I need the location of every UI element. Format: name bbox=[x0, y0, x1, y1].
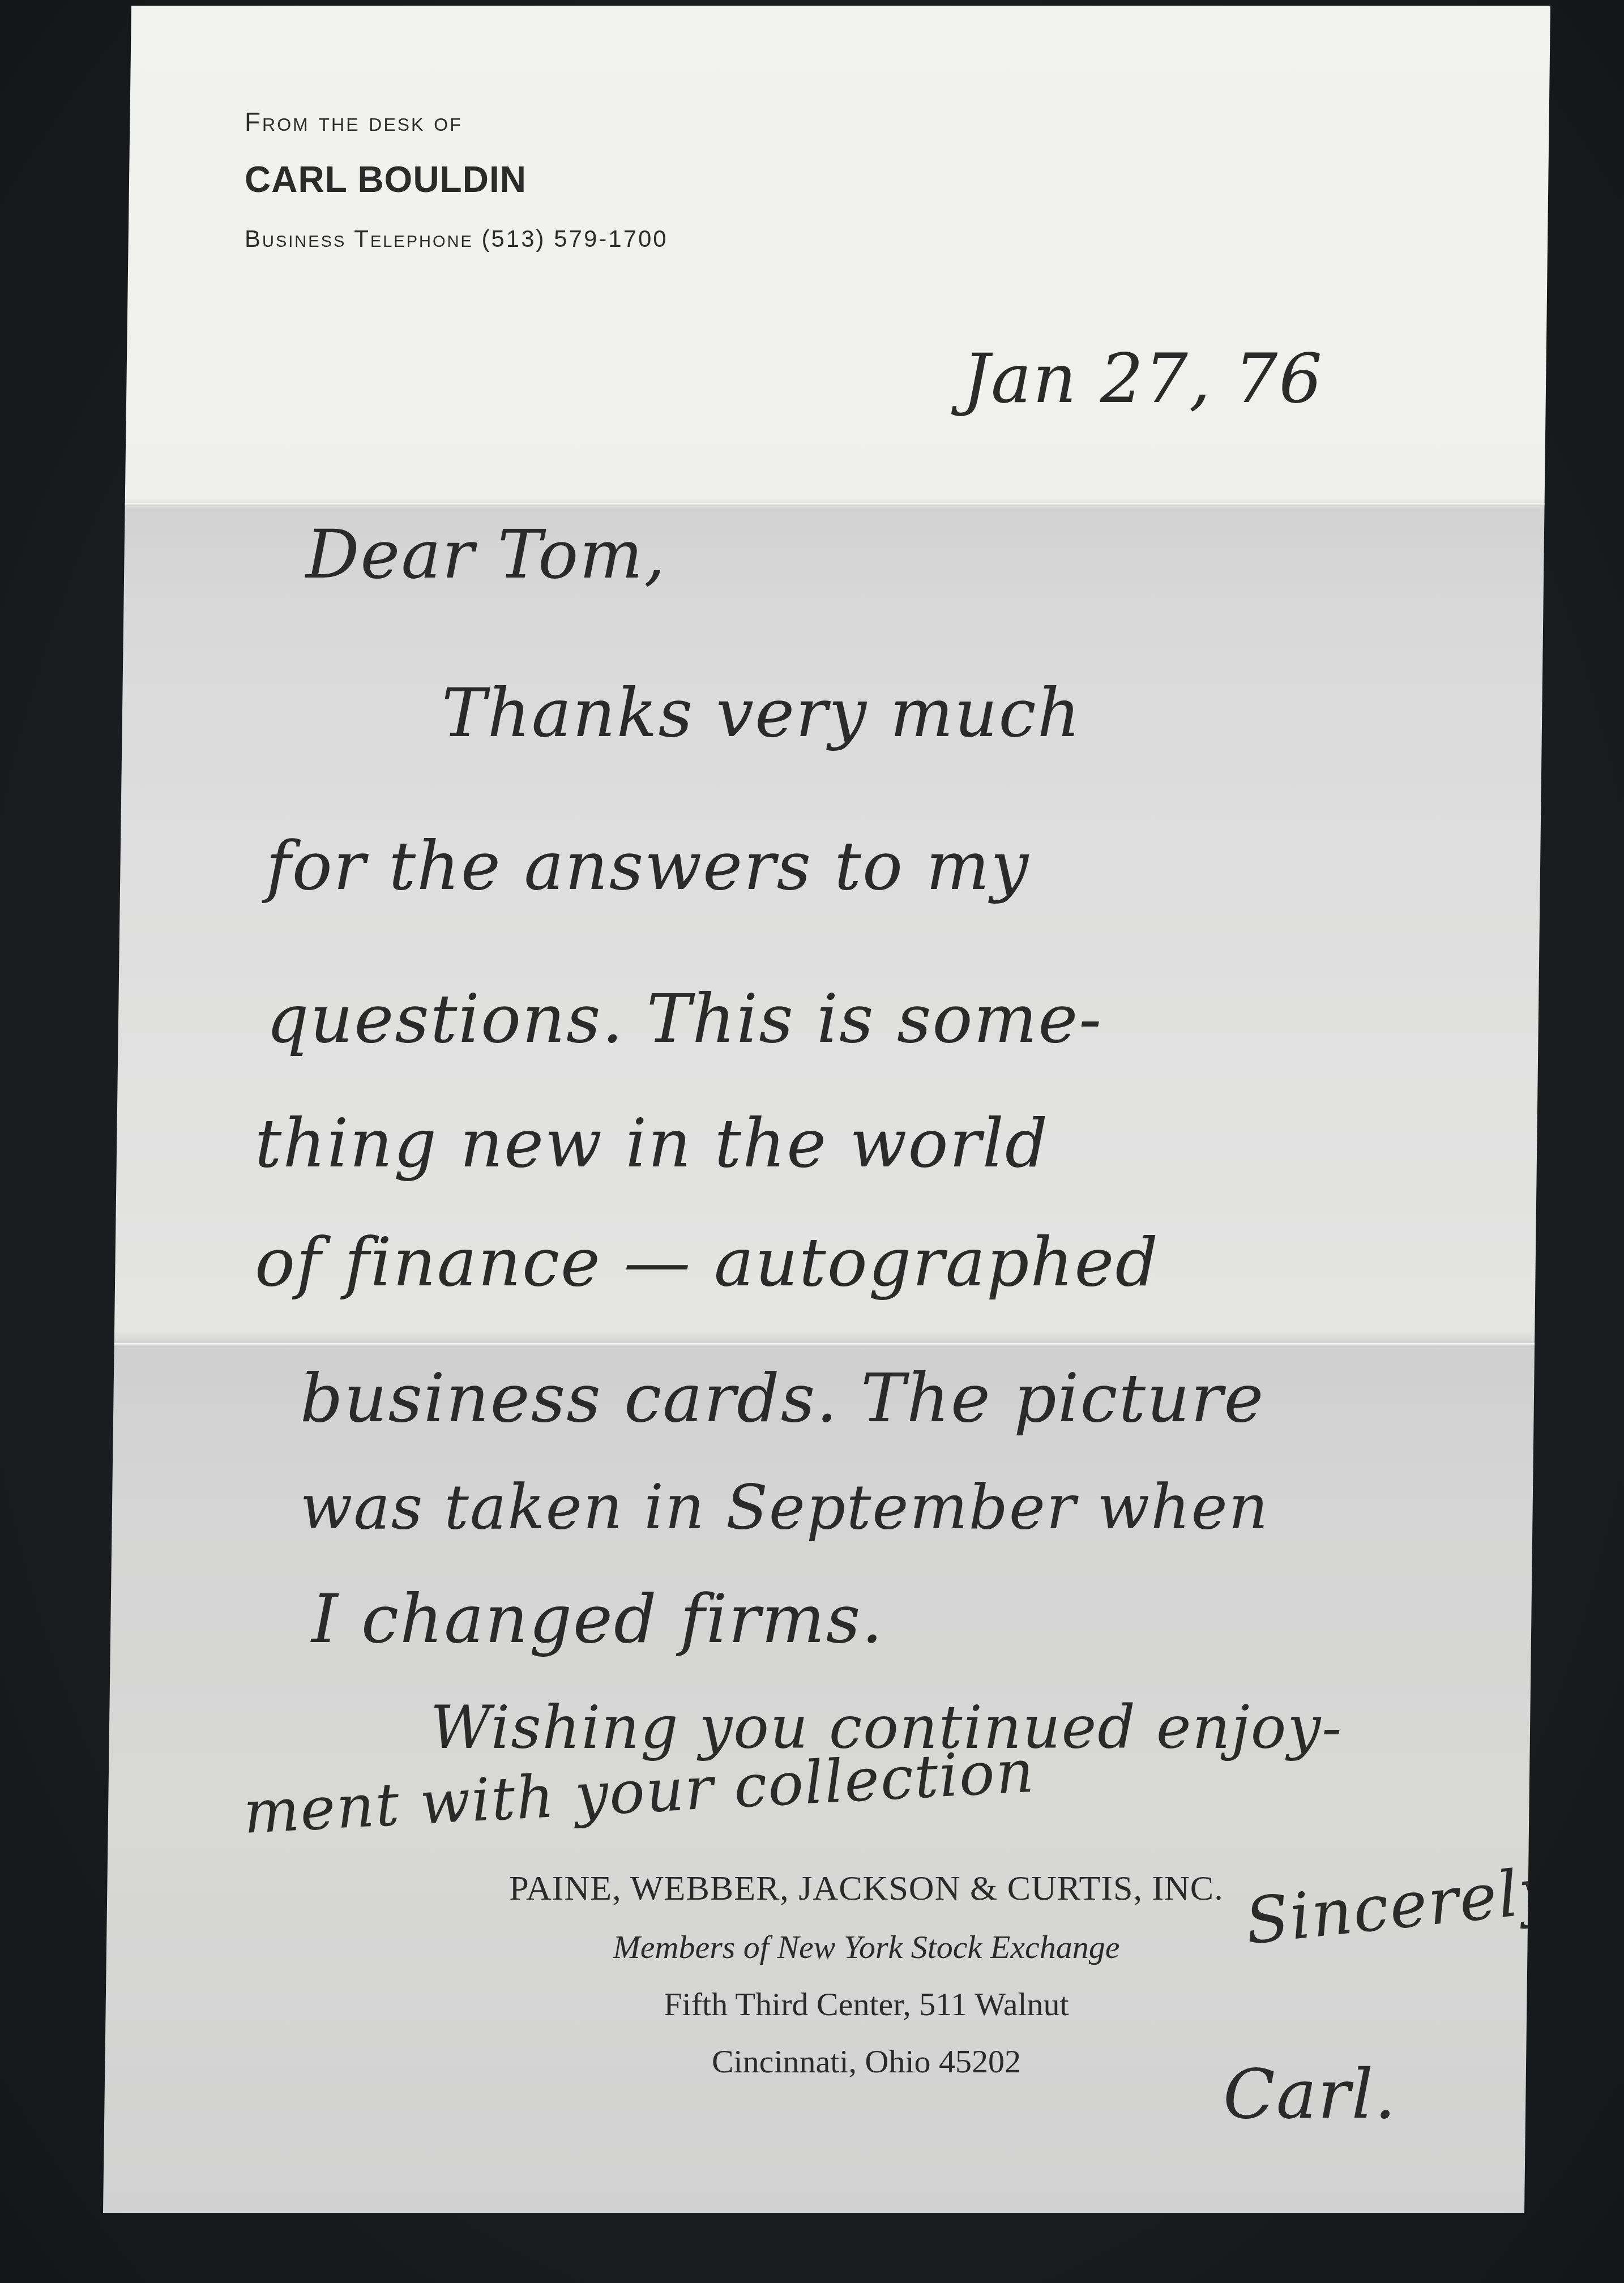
body-line: Thanks very much bbox=[442, 674, 1082, 752]
body-line: business cards. The picture bbox=[300, 1359, 1264, 1437]
letter-closing: Sincerely, bbox=[1242, 1852, 1572, 1959]
body-line: for the answers to my bbox=[266, 827, 1029, 905]
body-line: I changed firms. bbox=[311, 1580, 884, 1658]
footer-members-line: Members of New York Stock Exchange bbox=[447, 1928, 1285, 1966]
letter-salutation: Dear Tom, bbox=[306, 515, 666, 593]
body-line: of finance — autographed bbox=[255, 1223, 1159, 1301]
footer-address: Fifth Third Center, 511 Walnut bbox=[447, 1985, 1285, 2023]
letterhead-from-line: From the Desk of bbox=[245, 106, 668, 137]
footer-firm-name: PAINE, WEBBER, JACKSON & CURTIS, INC. bbox=[447, 1869, 1285, 1909]
body-line: thing new in the world bbox=[255, 1104, 1049, 1182]
body-line: questions. This is some- bbox=[266, 980, 1102, 1058]
letterhead: From the Desk of CARL BOULDIN Business T… bbox=[245, 106, 668, 253]
letter-paper: From the Desk of CARL BOULDIN Business T… bbox=[0, 0, 1624, 2283]
letterhead-phone: Business Telephone (513) 579-1700 bbox=[245, 225, 668, 253]
letterhead-name: CARL BOULDIN bbox=[245, 159, 668, 200]
footer-city: Cincinnati, Ohio 45202 bbox=[447, 2042, 1285, 2080]
letter-date: Jan 27, 76 bbox=[963, 340, 1323, 418]
firm-footer: PAINE, WEBBER, JACKSON & CURTIS, INC. Me… bbox=[447, 1869, 1285, 2080]
body-line: was taken in September when bbox=[300, 1472, 1269, 1543]
fold-crease-upper bbox=[0, 503, 1624, 506]
fold-crease-lower bbox=[0, 1343, 1624, 1346]
